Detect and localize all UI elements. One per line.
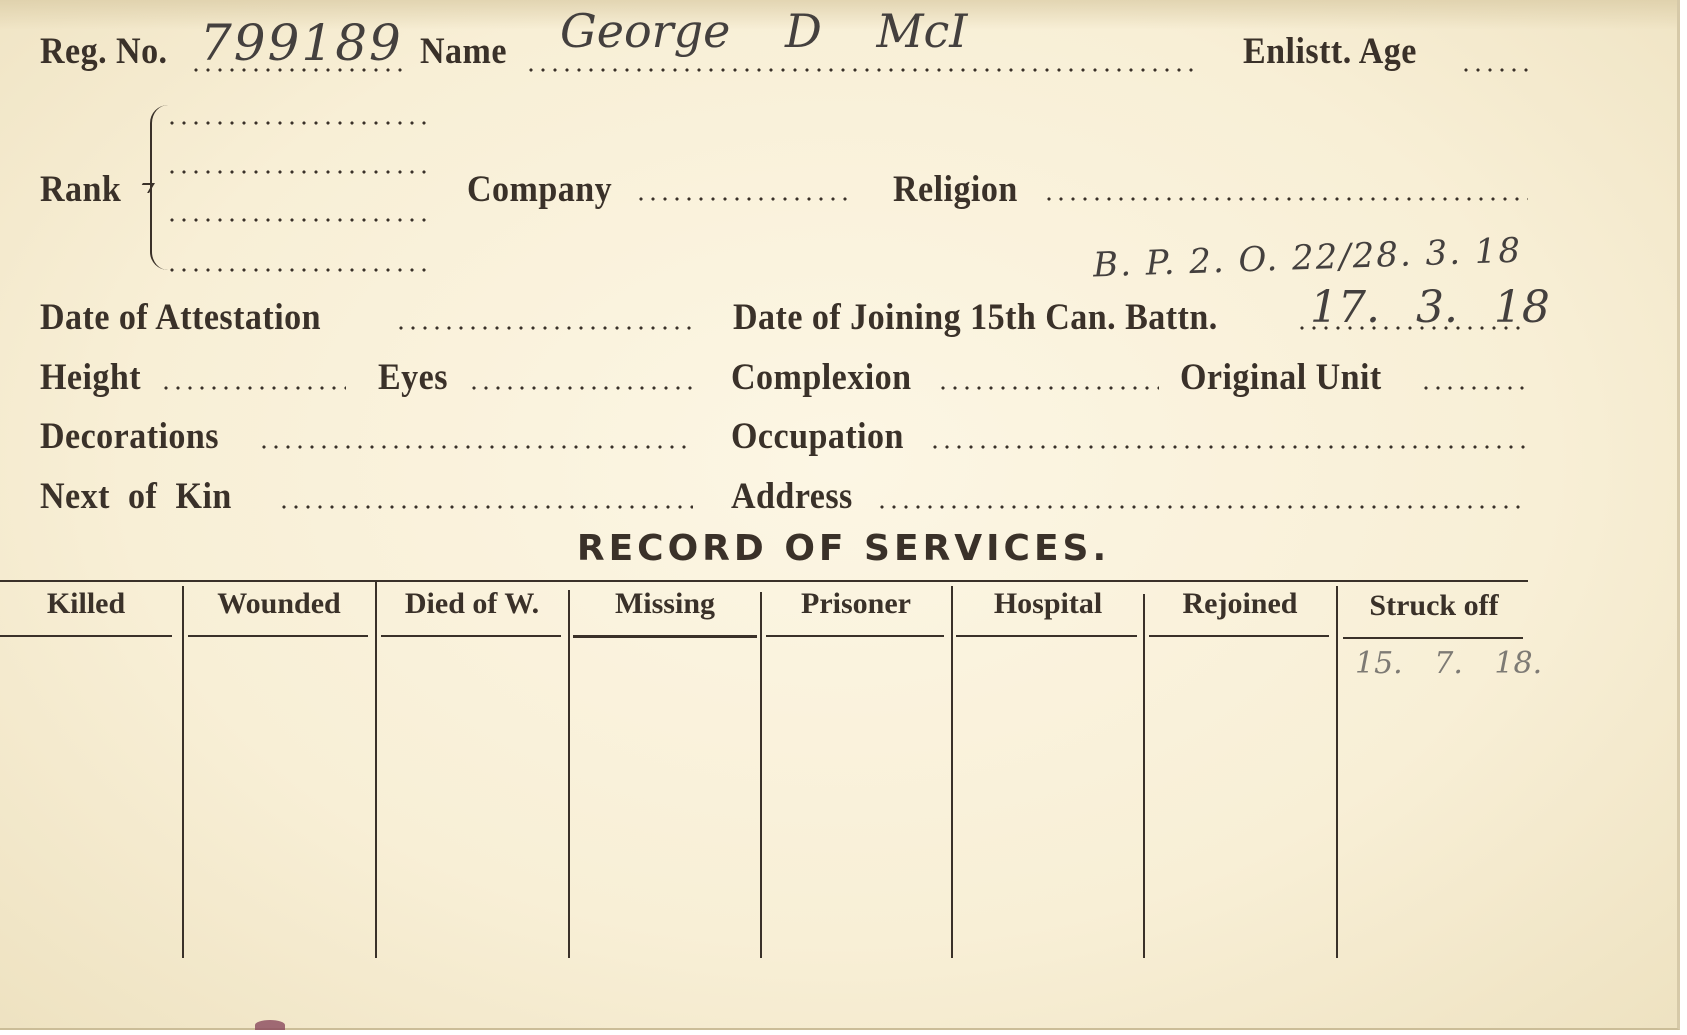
struck-off-value: 15. 7. 18. (1355, 646, 1542, 681)
address-label: Address (731, 475, 853, 518)
eyes-label: Eyes (378, 356, 448, 399)
date-of-attestation-dots (395, 326, 693, 330)
column-header-killed: Killed (0, 587, 172, 621)
name-value: George D McI (560, 4, 967, 58)
original-unit-dots (1420, 386, 1528, 390)
next-of-kin-dots (278, 505, 693, 509)
table-top-rule (0, 580, 1528, 582)
next-of-kin-label: Next of Kin (40, 475, 232, 518)
name-label: Name (420, 30, 507, 73)
column-divider (951, 586, 953, 958)
header-underline (956, 635, 1137, 637)
ink-stain (255, 1020, 285, 1030)
column-divider (760, 592, 762, 958)
header-underline (188, 635, 368, 637)
service-record-card: Reg. No. 799189 Name George D McI Enlist… (0, 0, 1680, 1030)
complexion-dots (937, 386, 1159, 390)
header-underline (1343, 637, 1523, 639)
complexion-label: Complexion (731, 356, 911, 399)
occupation-label: Occupation (731, 415, 904, 458)
column-header-wounded: Wounded (186, 587, 372, 621)
column-header-prisoner: Prisoner (763, 587, 949, 621)
decorations-label: Decorations (40, 415, 219, 458)
battalion-note: B. P. 2. O. 22/28. 3. 18 (1092, 231, 1522, 286)
rank-brace (150, 105, 172, 270)
rank-line-2 (166, 170, 428, 174)
company-dots (635, 197, 853, 201)
column-divider (1143, 594, 1145, 958)
column-header-rejoined: Rejoined (1146, 587, 1334, 621)
religion-dots (1043, 197, 1528, 201)
date-of-joining-label: Date of Joining 15th Can. Battn. (733, 296, 1218, 339)
religion-label: Religion (893, 168, 1018, 211)
original-unit-label: Original Unit (1180, 356, 1382, 399)
header-underline (381, 635, 561, 637)
rank-line-4 (166, 268, 428, 272)
name-dots (525, 68, 1197, 72)
rank-line-3 (166, 218, 428, 222)
date-of-joining-value: 17. 3. 18 (1310, 282, 1550, 333)
column-divider (568, 590, 570, 958)
column-header-hospital: Hospital (954, 587, 1142, 621)
column-divider (1336, 586, 1338, 958)
reg-no-value: 799189 (200, 14, 403, 72)
height-label: Height (40, 356, 141, 399)
rank-line-1 (166, 121, 428, 125)
column-header-struck-off: Struck off (1339, 589, 1529, 623)
header-underline (766, 635, 944, 637)
header-underline (0, 635, 172, 637)
address-dots (876, 505, 1528, 509)
reg-no-label: Reg. No. (40, 30, 168, 73)
header-underline (1149, 635, 1329, 637)
decorations-dots (258, 445, 693, 449)
header-underline (573, 635, 757, 638)
eyes-dots (468, 386, 693, 390)
column-divider (375, 580, 377, 958)
column-header-died-of-wounds: Died of W. (378, 587, 566, 621)
date-of-attestation-label: Date of Attestation (40, 296, 321, 339)
company-label: Company (467, 168, 612, 211)
column-header-missing: Missing (571, 587, 759, 621)
enlist-age-label: Enlistt. Age (1243, 30, 1417, 73)
height-dots (160, 386, 346, 390)
column-divider (182, 586, 184, 958)
record-of-services-title: RECORD OF SERVICES. (0, 528, 1687, 569)
rank-label: Rank (40, 168, 121, 211)
occupation-dots (929, 445, 1528, 449)
enlist-age-dots (1460, 68, 1528, 72)
